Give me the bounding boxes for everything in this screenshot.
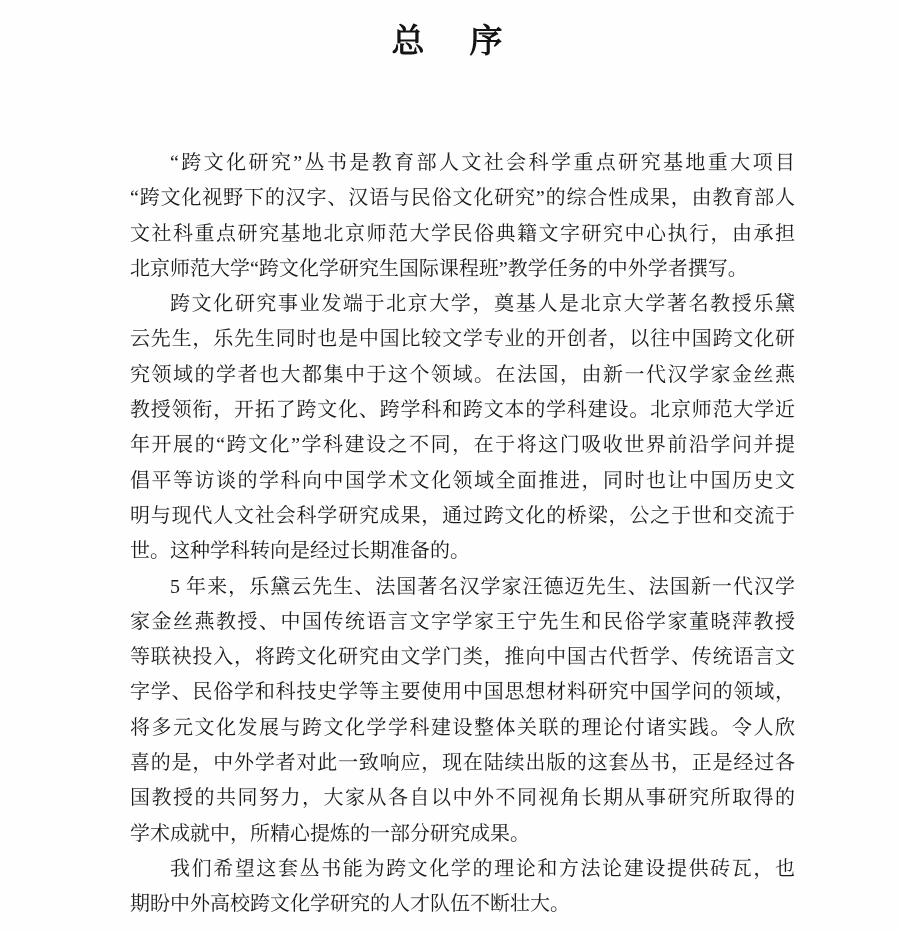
text-line: 期盼中外高校跨文化学研究的人才队伍不断壮大。 <box>130 887 795 922</box>
text-line: 倡平等访谈的学科向中国学术文化领域全面推进，同时也让中国历史文 <box>130 464 795 499</box>
text-line: 北京师范大学“跨文化学研究生国际课程班”教学任务的中外学者撰写。 <box>130 252 795 287</box>
paragraph-1: “跨文化研究”丛书是教育部人文社会科学重点研究基地重大项目 “跨文化视野下的汉字… <box>130 146 795 287</box>
text-line: “跨文化研究”丛书是教育部人文社会科学重点研究基地重大项目 <box>130 146 795 181</box>
text-line: 等联袂投入，将跨文化研究由文学门类，推向中国古代哲学、传统语言文 <box>130 640 795 675</box>
text-line: 家金丝燕教授、中国传统语言文字学家王宁先生和民俗学家董晓萍教授 <box>130 605 795 640</box>
paragraph-3: 5 年来，乐黛云先生、法国著名汉学家汪德迈先生、法国新一代汉学 家金丝燕教授、中… <box>130 570 795 852</box>
text-line: 跨文化研究事业发端于北京大学，奠基人是北京大学著名教授乐黛 <box>130 287 795 322</box>
text-line: 国教授的共同努力，大家从各自以中外不同视角长期从事研究所取得的 <box>130 781 795 816</box>
text-line: 将多元文化发展与跨文化学学科建设整体关联的理论付诸实践。令人欣 <box>130 711 795 746</box>
text-line: 世。这种学科转向是经过长期准备的。 <box>130 534 795 569</box>
text-line: 文社科重点研究基地北京师范大学民俗典籍文字研究中心执行，由承担 <box>130 217 795 252</box>
text-line: 明与现代人文社会科学研究成果，通过跨文化的桥梁，公之于世和交流于 <box>130 499 795 534</box>
paragraph-4: 我们希望这套丛书能为跨文化学的理论和方法论建设提供砖瓦，也 期盼中外高校跨文化学… <box>130 852 795 923</box>
text-line: 年开展的“跨文化”学科建设之不同，在于将这门吸收世界前沿学问并提 <box>130 428 795 463</box>
text-line: 字学、民俗学和科技史学等主要使用中国思想材料研究中国学问的领域， <box>130 675 795 710</box>
preface-body: “跨文化研究”丛书是教育部人文社会科学重点研究基地重大项目 “跨文化视野下的汉字… <box>130 146 795 923</box>
text-line: 我们希望这套丛书能为跨文化学的理论和方法论建设提供砖瓦，也 <box>130 852 795 887</box>
text-line: 5 年来，乐黛云先生、法国著名汉学家汪德迈先生、法国新一代汉学 <box>130 570 795 605</box>
text-line: 教授领衔，开拓了跨文化、跨学科和跨文本的学科建设。北京师范大学近 <box>130 393 795 428</box>
text-line: 喜的是，中外学者对此一致响应，现在陆续出版的这套丛书，正是经过各 <box>130 746 795 781</box>
scanned-book-page: 总 序 “跨文化研究”丛书是教育部人文社会科学重点研究基地重大项目 “跨文化视野… <box>0 0 900 932</box>
text-line: 云先生，乐先生同时也是中国比较文学专业的开创者，以往中国跨文化研 <box>130 322 795 357</box>
page-title: 总 序 <box>0 22 900 62</box>
paragraph-2: 跨文化研究事业发端于北京大学，奠基人是北京大学著名教授乐黛 云先生，乐先生同时也… <box>130 287 795 569</box>
text-line: “跨文化视野下的汉字、汉语与民俗文化研究”的综合性成果，由教育部人 <box>130 181 795 216</box>
text-line: 究领域的学者也大都集中于这个领域。在法国，由新一代汉学家金丝燕 <box>130 358 795 393</box>
text-line: 学术成就中，所精心提炼的一部分研究成果。 <box>130 817 795 852</box>
